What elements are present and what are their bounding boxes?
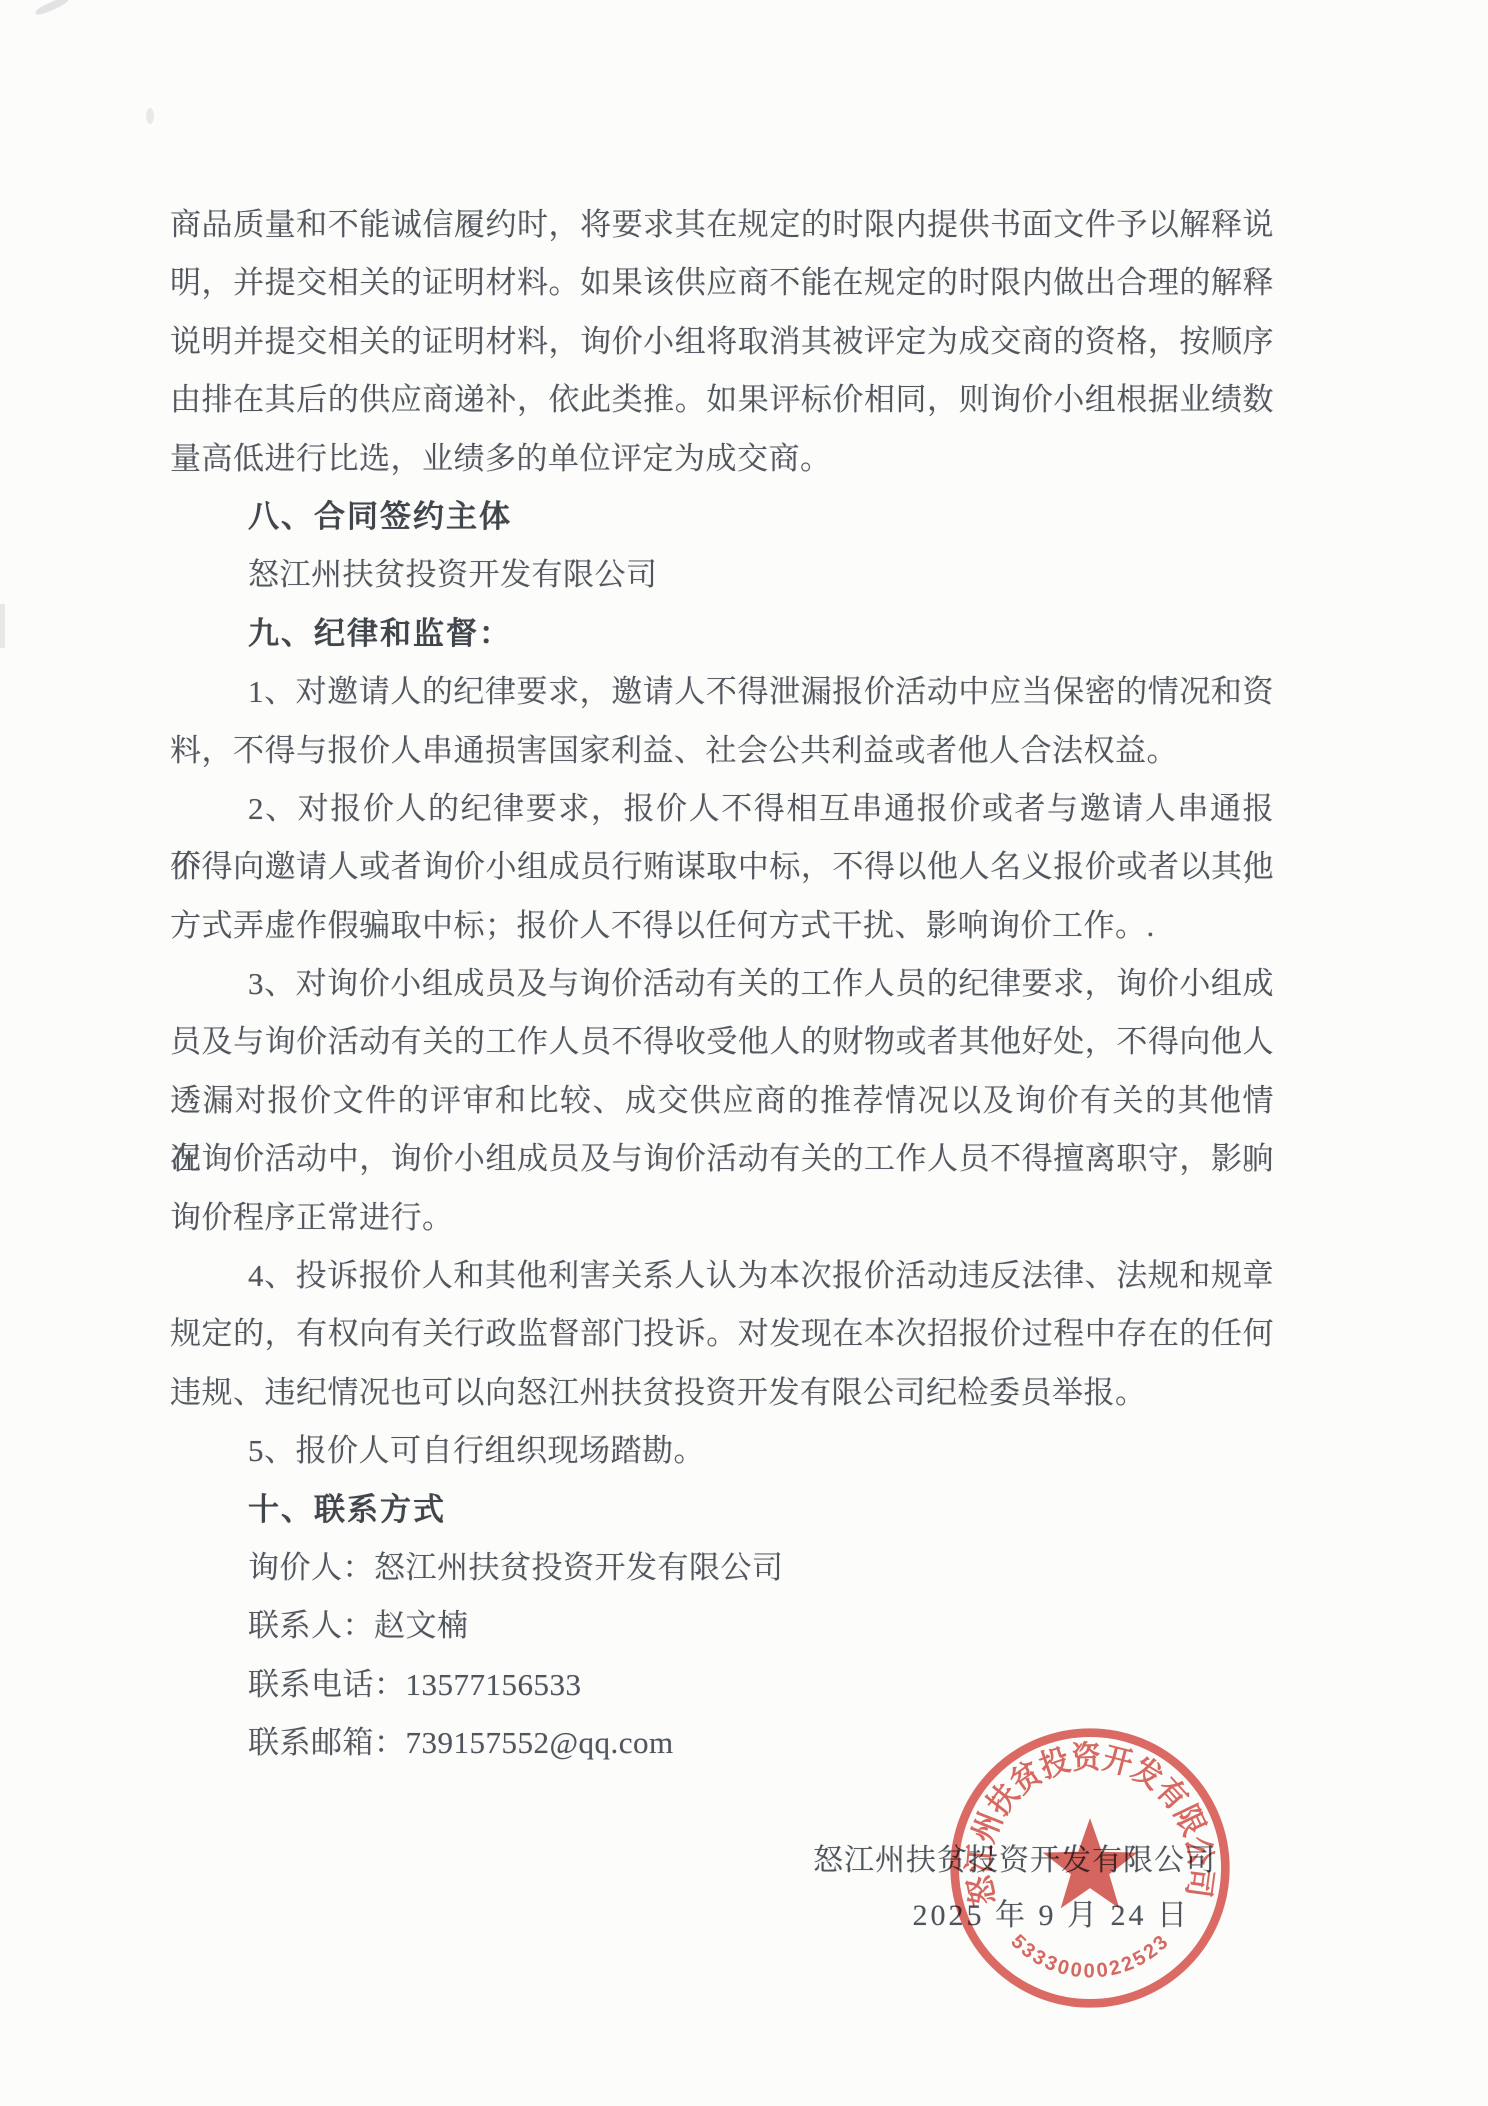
scan-smudge — [34, 0, 70, 17]
discipline-item-3: 3、对询价小组成员及与询价活动有关的工作人员的纪律要求，询价小组成员及与询价活动… — [170, 955, 1274, 1247]
text-line: 5、报价人可自行组织现场踏勘。 — [170, 1422, 1274, 1480]
text-line: 联系人：赵文楠 — [170, 1597, 1274, 1655]
discipline-item-5: 5、报价人可自行组织现场踏勘。 — [170, 1422, 1274, 1480]
text-line: 量高低进行比选，业绩多的单位评定为成交商。 — [170, 430, 1274, 488]
contact-person: 联系人：赵文楠 — [170, 1597, 1274, 1655]
contract-party-name: 怒江州扶贫投资开发有限公司 — [170, 546, 1274, 604]
text-line: 联系电话：13577156533 — [170, 1656, 1274, 1714]
text-line: 不得向邀请人或者询价小组成员行贿谋取中标，不得以他人名义报价或者以其他 — [170, 838, 1274, 896]
contact-inquirer: 询价人：怒江州扶贫投资开发有限公司 — [170, 1539, 1274, 1597]
text-line: 2、对报价人的纪律要求，报价人不得相互串通报价或者与邀请人串通报价， — [170, 780, 1274, 838]
text-line: 3、对询价小组成员及与询价活动有关的工作人员的纪律要求，询价小组成 — [170, 955, 1274, 1013]
text-line: 询价程序正常进行。 — [170, 1189, 1274, 1247]
text-line: 九、纪律和监督： — [170, 605, 1274, 663]
star-icon — [1043, 1818, 1138, 1908]
heading-contract-party: 八、合同签约主体 — [170, 488, 1274, 546]
scan-smudge — [0, 604, 5, 648]
text-line: 1、对邀请人的纪律要求，邀请人不得泄漏报价活动中应当保密的情况和资 — [170, 663, 1274, 721]
heading-contact: 十、联系方式 — [170, 1481, 1274, 1539]
text-line: 怒江州扶贫投资开发有限公司 — [170, 546, 1274, 604]
text-line: 方式弄虚作假骗取中标；报价人不得以任何方式干扰、影响询价工作。. — [170, 897, 1274, 955]
contact-phone: 联系电话：13577156533 — [170, 1656, 1274, 1714]
text-line: 违规、违纪情况也可以向怒江州扶贫投资开发有限公司纪检委员举报。 — [170, 1364, 1274, 1422]
text-line: 透漏对报价文件的评审和比较、成交供应商的推荐情况以及询价有关的其他情况。 — [170, 1072, 1274, 1130]
heading-discipline: 九、纪律和监督： — [170, 605, 1274, 663]
text-line: 说明并提交相关的证明材料，询价小组将取消其被评定为成交商的资格，按顺序 — [170, 313, 1274, 371]
text-line: 4、投诉报价人和其他利害关系人认为本次报价活动违反法律、法规和规章 — [170, 1247, 1274, 1305]
company-seal-stamp: 怒江州扶贫投资开发有限公司 5333000022523 — [946, 1724, 1234, 2012]
text-line: 商品质量和不能诚信履约时，将要求其在规定的时限内提供书面文件予以解释说 — [170, 196, 1274, 254]
text-line: 料，不得与报价人串通损害国家利益、社会公共利益或者他人合法权益。 — [170, 722, 1274, 780]
text-line: 明，并提交相关的证明材料。如果该供应商不能在规定的时限内做出合理的解释 — [170, 254, 1274, 312]
para-quality-explanation: 商品质量和不能诚信履约时，将要求其在规定的时限内提供书面文件予以解释说明，并提交… — [170, 196, 1274, 488]
text-line: 在询价活动中，询价小组成员及与询价活动有关的工作人员不得擅离职守，影响 — [170, 1130, 1274, 1188]
text-line: 规定的，有权向有关行政监督部门投诉。对发现在本次招报价过程中存在的任何 — [170, 1305, 1274, 1363]
discipline-item-4: 4、投诉报价人和其他利害关系人认为本次报价活动违反法律、法规和规章规定的，有权向… — [170, 1247, 1274, 1422]
document-content: 商品质量和不能诚信履约时，将要求其在规定的时限内提供书面文件予以解释说明，并提交… — [170, 196, 1274, 1773]
text-line: 八、合同签约主体 — [170, 488, 1274, 546]
discipline-item-2: 2、对报价人的纪律要求，报价人不得相互串通报价或者与邀请人串通报价，不得向邀请人… — [170, 780, 1274, 955]
discipline-item-1: 1、对邀请人的纪律要求，邀请人不得泄漏报价活动中应当保密的情况和资料，不得与报价… — [170, 663, 1274, 780]
text-line: 询价人：怒江州扶贫投资开发有限公司 — [170, 1539, 1274, 1597]
text-line: 由排在其后的供应商递补，依此类推。如果评标价相同，则询价小组根据业绩数 — [170, 371, 1274, 429]
stamp-serial: 5333000022523 — [1006, 1931, 1172, 1983]
text-line: 员及与询价活动有关的工作人员不得收受他人的财物或者其他好处，不得向他人 — [170, 1013, 1274, 1071]
scan-smudge — [146, 108, 154, 124]
text-line: 十、联系方式 — [170, 1481, 1274, 1539]
scanned-document-page: 商品质量和不能诚信履约时，将要求其在规定的时限内提供书面文件予以解释说明，并提交… — [0, 0, 1488, 2106]
